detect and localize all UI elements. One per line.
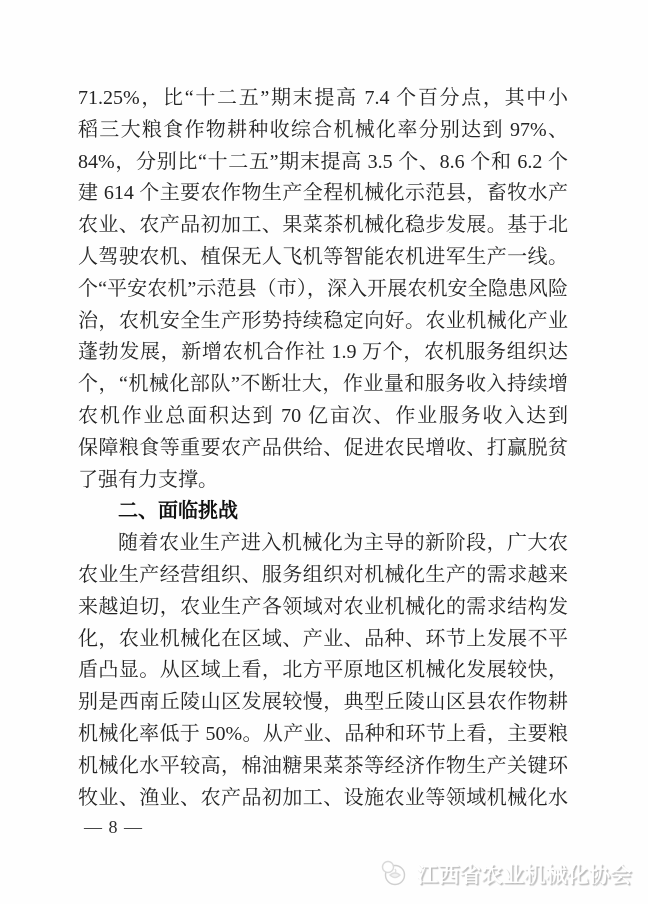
body-text-line: 盾凸显。从区域上看，北方平原地区机械化发展较快，南方地区特: [78, 655, 568, 687]
body-text-line: 84%，分别比“十二五”期末提高 3.5 个、8.6 个和 6.2 个百分点，创: [78, 147, 568, 179]
footer-org-name: 江西省农业机械化协会: [417, 859, 632, 889]
body-text-line: 随着农业生产进入机械化为主导的新阶段，广大农民群众和: [78, 528, 568, 560]
body-text-line: 来越迫切，农业生产各领域对农业机械化的需求结构发生深刻变: [78, 592, 568, 624]
body-text-line: 农机作业总面积达到 70 亿亩次、作业服务收入达到 3615 亿元，为: [78, 401, 568, 433]
body-text-line: 农业、农产品初加工、果菜茶机械化稳步发展。基于北斗、5G 的无: [78, 210, 568, 242]
body-text-line: 别是西南丘陵山区发展较慢，典型丘陵山区县农作物耕种收综合: [78, 687, 568, 719]
body-text-line: 71.25%，比“十二五”期末提高 7.4 个百分点，其中小麦、玉米、水: [78, 83, 568, 115]
section-heading: 二、面临挑战: [78, 496, 568, 528]
body-text-line: 农业生产经营组织、服务组织对机械化生产的需求越来越广泛、越: [78, 560, 568, 592]
body-text-line: 人驾驶农机、植保无人飞机等智能农机进军生产一线。新创建 310: [78, 242, 568, 274]
body-text-line: 牧业、渔业、农产品初加工、设施农业等领域机械化水平较低。推: [78, 783, 568, 815]
body-text-line: 机械化水平较高，棉油糖果菜茶等经济作物生产关键环节以及畜: [78, 751, 568, 783]
page-number: — 8 —: [84, 815, 143, 839]
body-text-line: 化，农业机械化在区域、产业、品种、环节上发展不平衡不充分的矛: [78, 624, 568, 656]
body-text-line: 机械化率低于 50%。从产业、品种和环节上看，主要粮食作物生产: [78, 719, 568, 751]
body-text-line: 个，“机械化部队”不断壮大，作业量和服务收入持续增长，2020 年: [78, 369, 568, 401]
document-page: 71.25%，比“十二五”期末提高 7.4 个百分点，其中小麦、玉米、水 稻三大…: [0, 0, 648, 904]
body-text-line: 了强有力支撑。: [78, 465, 568, 497]
body-text-line: 保障粮食等重要农产品供给、促进农民增收、打赢脱贫攻坚战提供: [78, 433, 568, 465]
body-text-line: 蓬勃发展，新增农机合作社 1.9 万个，农机服务组织达到 19.5 万: [78, 337, 568, 369]
page-body: 71.25%，比“十二五”期末提高 7.4 个百分点，其中小麦、玉米、水 稻三大…: [78, 83, 568, 814]
body-text-line: 稻三大粮食作物耕种收综合机械化率分别达到 97%、90% 和: [78, 115, 568, 147]
body-text-line: 建 614 个主要农作物生产全程机械化示范县，畜牧水产养殖、设施: [78, 178, 568, 210]
footer-watermark: 江西省农业机械化协会: [378, 858, 632, 890]
body-text-line: 治，农机安全生产形势持续稳定向好。农业机械化产业群产业链: [78, 306, 568, 338]
association-seal-icon: [378, 858, 410, 890]
body-text-line: 个“平安农机”示范县（市），深入开展农机安全隐患风险排查整: [78, 274, 568, 306]
